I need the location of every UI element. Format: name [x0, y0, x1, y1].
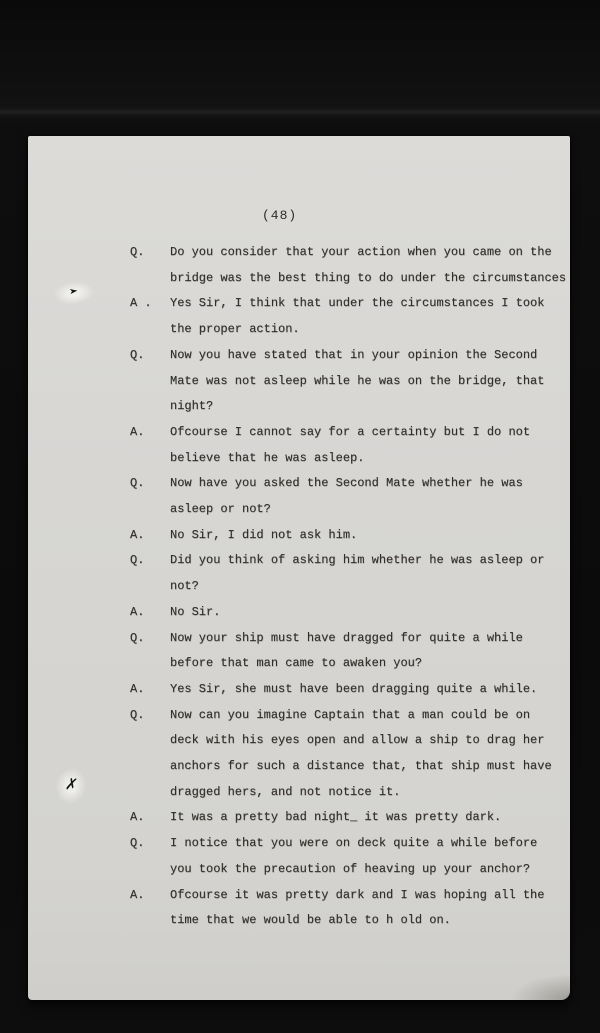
qa-entry: Q. Now you have stated that in your opin…: [28, 343, 570, 420]
qa-entry: A. No Sir.: [28, 600, 570, 626]
qa-entry: Q. Now have you asked the Second Mate wh…: [28, 471, 570, 522]
answer-label: A .: [130, 291, 152, 317]
text-line: time that we would be able to h old on.: [170, 908, 570, 934]
answer-text: Yes Sir, I think that under the circumst…: [170, 291, 570, 342]
text-line: believe that he was asleep.: [170, 446, 570, 472]
text-line: you took the precaution of heaving up yo…: [170, 857, 570, 883]
qa-entry: Q. Did you think of asking him whether h…: [28, 548, 570, 599]
answer-label: A.: [130, 600, 144, 626]
question-label: Q.: [130, 626, 144, 652]
text-line: Did you think of asking him whether he w…: [170, 548, 570, 574]
question-text: Do you consider that your action when yo…: [170, 240, 570, 291]
question-text: Now you have stated that in your opinion…: [170, 343, 570, 420]
qa-entry: Q. Do you consider that your action when…: [28, 240, 570, 291]
question-label: Q.: [130, 548, 144, 574]
answer-label: A.: [130, 420, 144, 446]
question-label: Q.: [130, 471, 144, 497]
text-line: Now have you asked the Second Mate wheth…: [170, 471, 570, 497]
question-text: Did you think of asking him whether he w…: [170, 548, 570, 599]
scan-artifact-band: [0, 108, 600, 116]
answer-text: Ofcourse it was pretty dark and I was ho…: [170, 883, 570, 934]
qa-entry: A. Ofcourse it was pretty dark and I was…: [28, 883, 570, 934]
text-line: bridge was the best thing to do under th…: [170, 266, 570, 292]
document-page: (48) ➤ ✗ Q. Do you consider that your ac…: [28, 136, 570, 1000]
question-label: Q.: [130, 703, 144, 729]
qa-entry: A . Yes Sir, I think that under the circ…: [28, 291, 570, 342]
text-line: No Sir.: [170, 600, 570, 626]
answer-text: Yes Sir, she must have been dragging qui…: [170, 677, 570, 703]
question-text: Now your ship must have dragged for quit…: [170, 626, 570, 677]
answer-label: A.: [130, 677, 144, 703]
text-line: Mate was not asleep while he was on the …: [170, 369, 570, 395]
text-line: It was a pretty bad night_ it was pretty…: [170, 805, 570, 831]
answer-label: A.: [130, 805, 144, 831]
scanner-background: (48) ➤ ✗ Q. Do you consider that your ac…: [0, 0, 600, 1033]
text-line: night?: [170, 394, 570, 420]
answer-text: No Sir, I did not ask him.: [170, 523, 570, 549]
text-line: asleep or not?: [170, 497, 570, 523]
text-line: Yes Sir, she must have been dragging qui…: [170, 677, 570, 703]
qa-entry: Q. Now your ship must have dragged for q…: [28, 626, 570, 677]
text-line: before that man came to awaken you?: [170, 651, 570, 677]
answer-label: A.: [130, 523, 144, 549]
answer-text: Ofcourse I cannot say for a certainty bu…: [170, 420, 570, 471]
question-text: Now can you imagine Captain that a man c…: [170, 703, 570, 806]
question-label: Q.: [130, 343, 144, 369]
question-label: Q.: [130, 831, 144, 857]
text-line: the proper action.: [170, 317, 570, 343]
text-line: Yes Sir, I think that under the circumst…: [170, 291, 570, 317]
page-number: (48): [262, 208, 297, 223]
text-line: anchors for such a distance that, that s…: [170, 754, 570, 780]
text-line: not?: [170, 574, 570, 600]
qa-entry: A. Ofcourse I cannot say for a certainty…: [28, 420, 570, 471]
question-text: I notice that you were on deck quite a w…: [170, 831, 570, 882]
qa-entry: A. Yes Sir, she must have been dragging …: [28, 677, 570, 703]
text-line: Now you have stated that in your opinion…: [170, 343, 570, 369]
text-line: Now your ship must have dragged for quit…: [170, 626, 570, 652]
text-line: No Sir, I did not ask him.: [170, 523, 570, 549]
answer-text: It was a pretty bad night_ it was pretty…: [170, 805, 570, 831]
qa-entry: A. It was a pretty bad night_ it was pre…: [28, 805, 570, 831]
answer-label: A.: [130, 883, 144, 909]
text-line: deck with his eyes open and allow a ship…: [170, 728, 570, 754]
text-line: dragged hers, and not notice it.: [170, 780, 570, 806]
qa-entry: Q. I notice that you were on deck quite …: [28, 831, 570, 882]
question-text: Now have you asked the Second Mate wheth…: [170, 471, 570, 522]
text-line: Do you consider that your action when yo…: [170, 240, 570, 266]
question-label: Q.: [130, 240, 144, 266]
qa-entry: A. No Sir, I did not ask him.: [28, 523, 570, 549]
qa-entry: Q. Now can you imagine Captain that a ma…: [28, 703, 570, 806]
transcript-body: Q. Do you consider that your action when…: [28, 240, 570, 934]
text-line: Ofcourse I cannot say for a certainty bu…: [170, 420, 570, 446]
text-line: Ofcourse it was pretty dark and I was ho…: [170, 883, 570, 909]
answer-text: No Sir.: [170, 600, 570, 626]
text-line: I notice that you were on deck quite a w…: [170, 831, 570, 857]
text-line: Now can you imagine Captain that a man c…: [170, 703, 570, 729]
